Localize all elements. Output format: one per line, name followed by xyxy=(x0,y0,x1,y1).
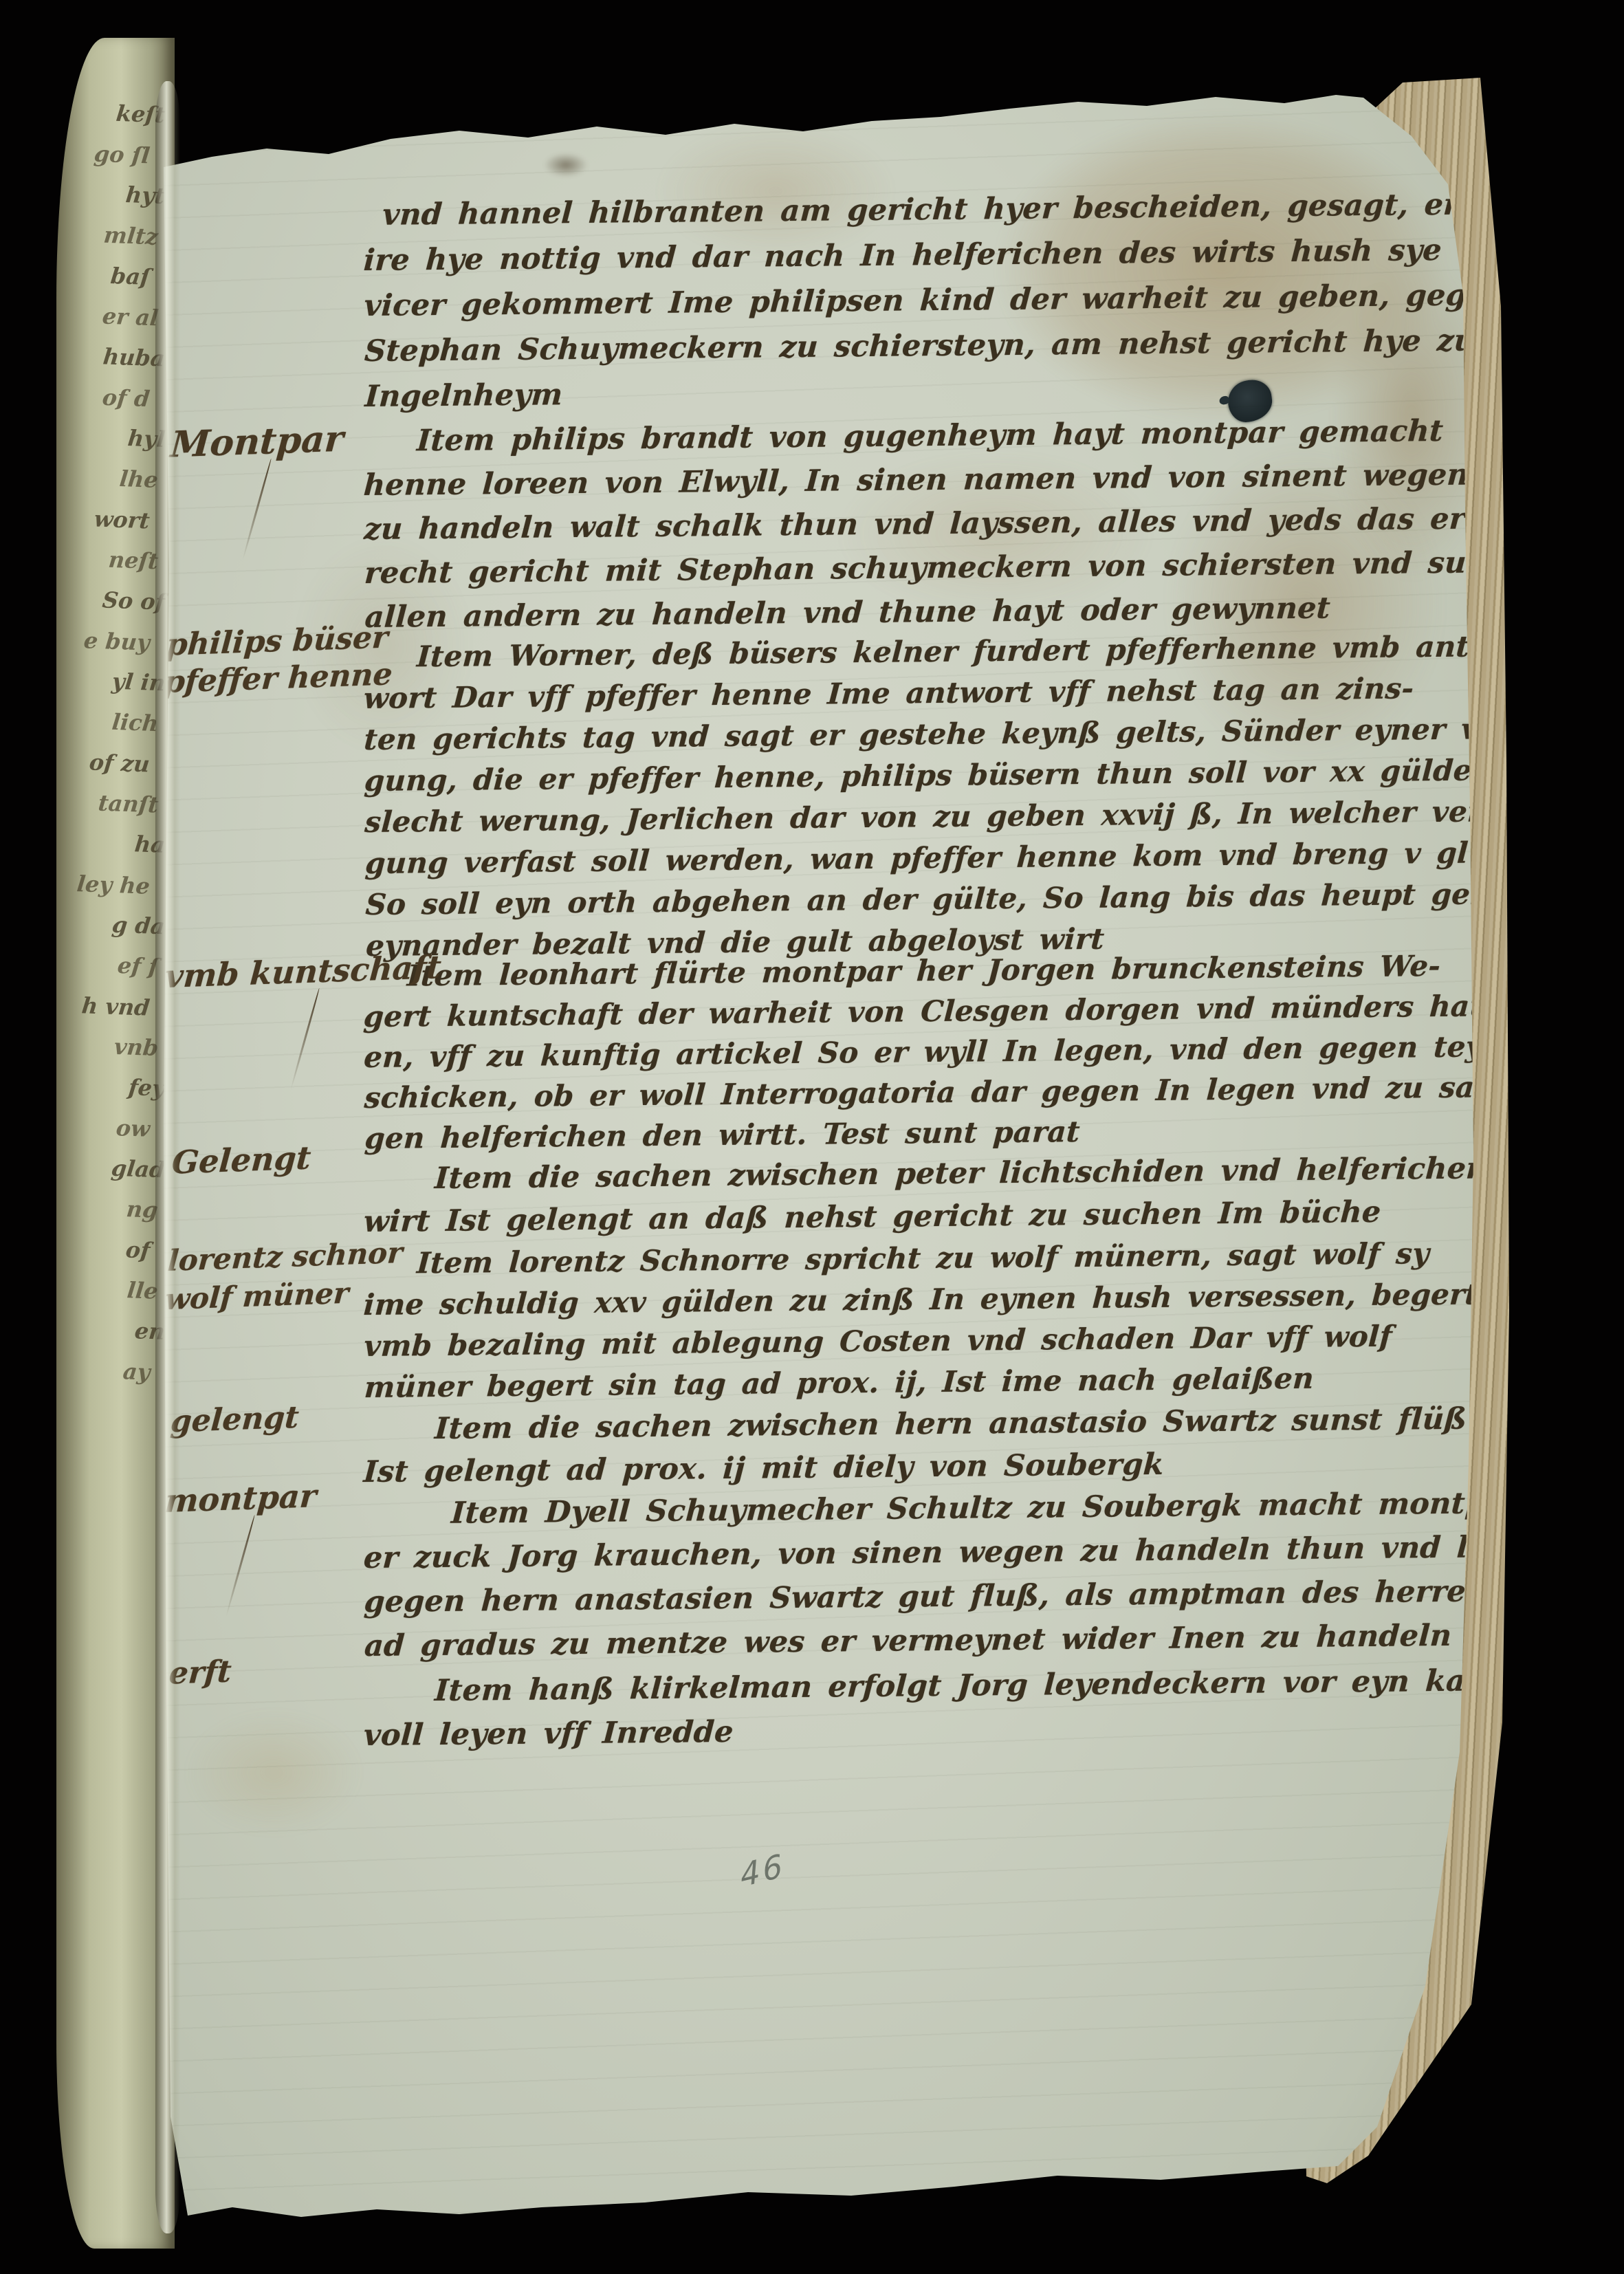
margin-note-erft: erft xyxy=(168,1653,232,1692)
paper-stain xyxy=(157,1690,391,1855)
spine-text-fragment: fey xyxy=(128,1076,166,1100)
spine-text-fragment: h vnd xyxy=(81,994,151,1018)
spine-text-fragment: g da xyxy=(111,914,166,938)
spine-text-fragment: neſt xyxy=(107,549,159,572)
manuscript-page: vnd hannel hilbranten am gericht hyer be… xyxy=(164,88,1473,2247)
spine-text-fragment: ay xyxy=(122,1360,151,1383)
record-entry: Item lorentz Schnorre spricht zu wolf mü… xyxy=(363,1233,1454,1408)
spine-text-fragment: tanſt xyxy=(97,792,160,816)
spine-text-fragment: hyt xyxy=(125,184,166,207)
spine-text-fragment: vnb xyxy=(113,1036,160,1059)
record-entry: Item die sachen zwischen peter lichtschi… xyxy=(363,1148,1453,1243)
margin-note-philips-buser: philips büser pfeffer henne xyxy=(162,619,396,701)
spine-text-fragment: en xyxy=(134,1320,166,1342)
spine-text-fragment: e buy xyxy=(83,629,151,653)
margin-note-montpar: Montpar xyxy=(169,421,344,464)
record-entry: Item die sachen zwischen hern anastasio … xyxy=(363,1398,1453,1494)
record-entry: Item hanß klirkelman erfolgt Jorg leyend… xyxy=(363,1659,1453,1758)
spine-text-fragment: wort xyxy=(94,508,151,532)
manuscript-photo: keſtgo ſlhytmltzbaſer alhubaof dhyllhewo… xyxy=(0,0,1624,2274)
spine-text-fragment: of zu xyxy=(89,752,151,776)
spine-text-fragment: ef ſ xyxy=(116,954,159,978)
spine-text-fragment: go ſl xyxy=(94,143,151,167)
margin-note-lorentz-wolf: lorentz schnor wolf müner xyxy=(164,1234,404,1319)
spine-text-fragment: hyl xyxy=(127,427,166,450)
margin-note-gelengt-2: gelengt xyxy=(169,1399,300,1441)
spine-bleed-text: keſtgo ſlhytmltzbaſer alhubaof dhyllhewo… xyxy=(56,38,175,2249)
spine-text-fragment: huba xyxy=(102,345,166,369)
spine-text-fragment: So of xyxy=(102,589,166,613)
spine-text-fragment: er al xyxy=(101,305,160,329)
record-entry: Item Worner, deß büsers kelner furdert p… xyxy=(363,626,1456,967)
margin-note-montpar-2: montpar xyxy=(164,1477,318,1520)
spine-text-fragment: of xyxy=(124,1238,151,1261)
spine-text-fragment: ow xyxy=(115,1117,151,1140)
folio-number: 46 xyxy=(738,1846,787,1894)
spine-text-fragment: lhe xyxy=(119,468,160,491)
spine-text-fragment: mltz xyxy=(102,224,159,248)
record-entry: Item leonhart flürte montpar her Jorgen … xyxy=(363,945,1455,1159)
record-entry: Item Dyell Schuymecher Schultz zu Souber… xyxy=(363,1482,1454,1668)
spine-previous-page-edge: keſtgo ſlhytmltzbaſer alhubaof dhyllhewo… xyxy=(56,38,175,2249)
record-entry: vnd hannel hilbranten am gericht hyer be… xyxy=(363,182,1455,419)
margin-note-gelengt-1: Gelengt xyxy=(171,1139,312,1181)
spine-text-fragment: of d xyxy=(102,386,151,410)
spine-text-fragment: lle xyxy=(127,1279,160,1302)
spine-text-fragment: ng xyxy=(126,1198,160,1221)
spine-text-fragment: ha xyxy=(133,833,166,855)
record-entry: Item philips brandt von gugenheym hayt m… xyxy=(363,409,1455,639)
spine-text-fragment: ley he xyxy=(76,873,151,897)
spine-text-fragment: glad xyxy=(111,1157,166,1181)
spine-text-fragment: yl in xyxy=(111,670,166,695)
paper-stain xyxy=(538,150,593,180)
spine-text-fragment: lich xyxy=(111,711,159,734)
spine-text-fragment: keſt xyxy=(115,102,166,126)
spine-text-fragment: baſ xyxy=(109,265,151,288)
